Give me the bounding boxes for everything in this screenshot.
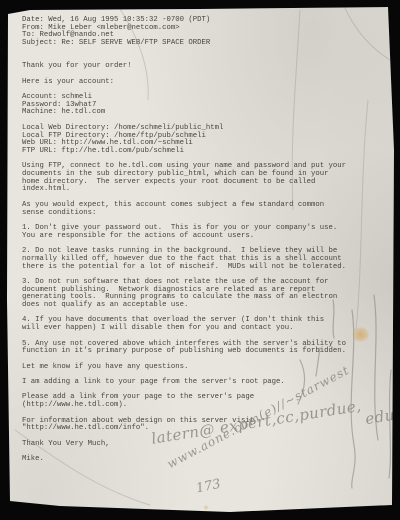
email-line: You are responsible for the actions of a… — [22, 233, 382, 241]
email-typed-text: Date: Wed, 16 Aug 1995 10:35:32 -0700 (P… — [22, 17, 382, 464]
email-line: will ever happen) I will disable them fo… — [22, 325, 382, 333]
email-line — [22, 48, 382, 56]
email-line: Machine: he.tdl.com — [22, 109, 382, 117]
email-line: does not qualify as an acceptable use. — [22, 302, 382, 310]
email-line: index.html. — [22, 186, 382, 194]
handwritten-page-number: 173 — [195, 477, 222, 497]
email-line: Here is your account: — [22, 79, 382, 87]
paper-stain — [352, 327, 369, 342]
email-line: Mike. — [22, 456, 382, 464]
email-line: Subject: Re: SELF SERVE WEB/FTP SPACE OR… — [22, 40, 382, 48]
scanned-paper: Date: Wed, 16 Aug 1995 10:35:32 -0700 (P… — [0, 0, 400, 520]
email-line: FTP URL: ftp://he.tdl.com/pub/schmeli — [22, 148, 382, 156]
email-line: home directory. The server expects your … — [22, 179, 382, 187]
email-line: Thank you for your order! — [22, 63, 382, 71]
paper-stain-small — [203, 505, 209, 510]
email-line: function in it's primary purpose of publ… — [22, 348, 382, 356]
email-line: Let me know if you have any questions. — [22, 364, 382, 372]
email-line: sense conditions: — [22, 210, 382, 218]
email-line: there is the potential for a lot of misc… — [22, 264, 382, 272]
